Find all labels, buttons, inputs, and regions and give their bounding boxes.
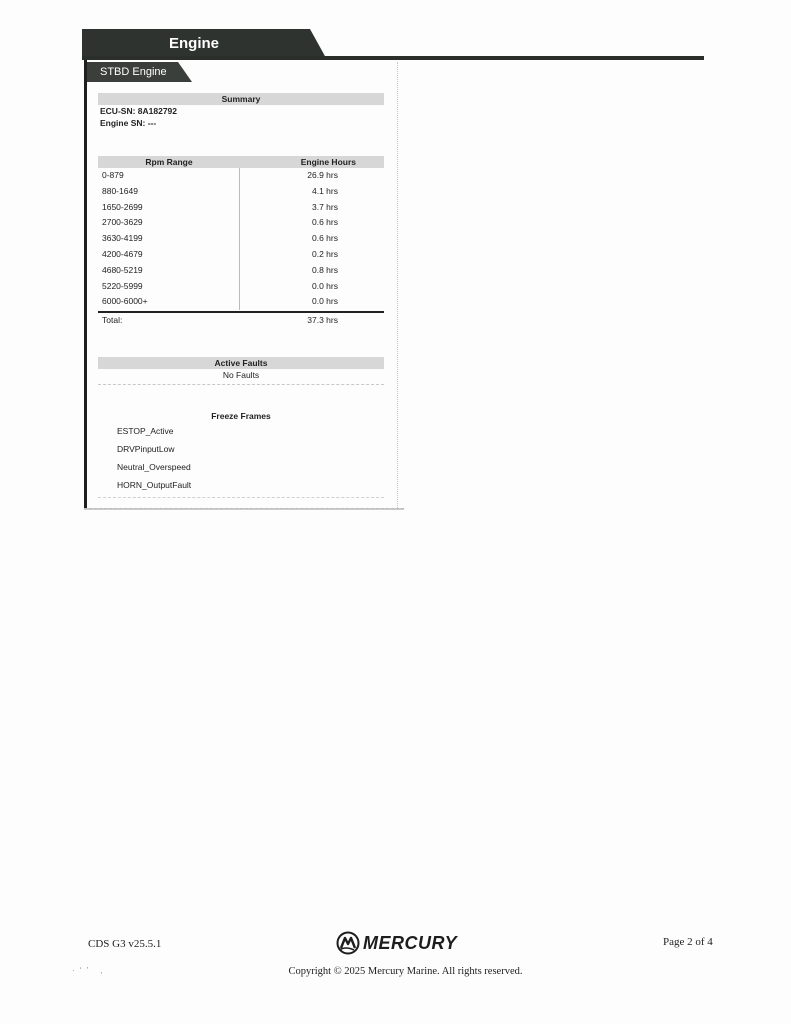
mercury-m-icon — [336, 931, 360, 955]
ecu-serial: ECU-SN: 8A182792 — [98, 105, 384, 117]
rpm-range-cell: 4680-5219 — [98, 263, 240, 279]
table-total-row: Total: 37.3 hrs — [98, 311, 384, 327]
table-row: 0-87926.9 hrs — [98, 168, 384, 184]
total-value: 37.3 hrs — [240, 313, 382, 327]
column-header-engine-hours: Engine Hours — [240, 156, 370, 168]
stbd-engine-tab-label: STBD Engine — [100, 64, 167, 80]
table-row: 3630-41990.6 hrs — [98, 231, 384, 247]
rpm-range-cell: 0-879 — [98, 168, 240, 184]
table-row: 5220-59990.0 hrs — [98, 279, 384, 295]
freeze-frame-item: DRVPinputLow — [98, 440, 384, 458]
freeze-frames-section: Freeze Frames ESTOP_ActiveDRVPinputLowNe… — [98, 410, 384, 498]
rpm-hours-table: Rpm Range Engine Hours 0-87926.9 hrs880-… — [98, 156, 384, 327]
scan-artifact: ·‘’ , — [72, 966, 107, 975]
mercury-logo: MERCURY — [336, 931, 457, 955]
copyright-notice: Copyright © 2025 Mercury Marine. All rig… — [0, 966, 791, 977]
rpm-range-cell: 880-1649 — [98, 184, 240, 200]
freeze-frame-item: Neutral_Overspeed — [98, 458, 384, 476]
active-faults-status: No Faults — [98, 369, 384, 381]
engine-hours-cell: 0.0 hrs — [240, 294, 382, 310]
freeze-frames-heading: Freeze Frames — [98, 410, 384, 422]
engine-hours-cell: 4.1 hrs — [240, 184, 382, 200]
table-row: 4680-52190.8 hrs — [98, 263, 384, 279]
freeze-frame-item: ESTOP_Active — [98, 422, 384, 440]
left-border — [84, 60, 87, 510]
table-header: Rpm Range Engine Hours — [98, 156, 384, 168]
active-faults-heading: Active Faults — [98, 357, 384, 369]
page-title: Engine — [82, 29, 306, 58]
summary-section: Summary ECU-SN: 8A182792 Engine SN: --- — [98, 93, 384, 129]
table-row: 2700-36290.6 hrs — [98, 215, 384, 231]
bottom-border — [84, 508, 404, 510]
column-header-rpm-range: Rpm Range — [98, 156, 240, 168]
header-divider — [82, 56, 704, 60]
table-row: 4200-46790.2 hrs — [98, 247, 384, 263]
engine-hours-cell: 0.6 hrs — [240, 215, 382, 231]
freeze-frame-item: HORN_OutputFault — [98, 476, 384, 494]
engine-hours-cell: 0.0 hrs — [240, 279, 382, 295]
right-guide-line — [397, 62, 399, 508]
page-number: Page 2 of 4 — [663, 936, 713, 948]
rpm-range-cell: 6000-6000+ — [98, 294, 240, 310]
engine-serial: Engine SN: --- — [98, 117, 384, 129]
rpm-range-cell: 1650-2699 — [98, 200, 240, 216]
freeze-divider — [98, 496, 384, 498]
brand-name: MERCURY — [363, 933, 457, 954]
rpm-range-cell: 4200-4679 — [98, 247, 240, 263]
table-row: 1650-26993.7 hrs — [98, 200, 384, 216]
engine-hours-cell: 0.6 hrs — [240, 231, 382, 247]
engine-hours-cell: 0.8 hrs — [240, 263, 382, 279]
engine-hours-cell: 26.9 hrs — [240, 168, 382, 184]
summary-heading: Summary — [98, 93, 384, 105]
engine-hours-cell: 0.2 hrs — [240, 247, 382, 263]
rpm-range-cell: 2700-3629 — [98, 215, 240, 231]
software-version: CDS G3 v25.5.1 — [88, 938, 161, 950]
rpm-range-cell: 5220-5999 — [98, 279, 240, 295]
table-row: 880-16494.1 hrs — [98, 184, 384, 200]
table-row: 6000-6000+0.0 hrs — [98, 294, 384, 310]
rpm-range-cell: 3630-4199 — [98, 231, 240, 247]
engine-hours-cell: 3.7 hrs — [240, 200, 382, 216]
total-label: Total: — [98, 313, 240, 327]
active-faults-section: Active Faults No Faults — [98, 357, 384, 385]
faults-divider — [98, 383, 384, 385]
